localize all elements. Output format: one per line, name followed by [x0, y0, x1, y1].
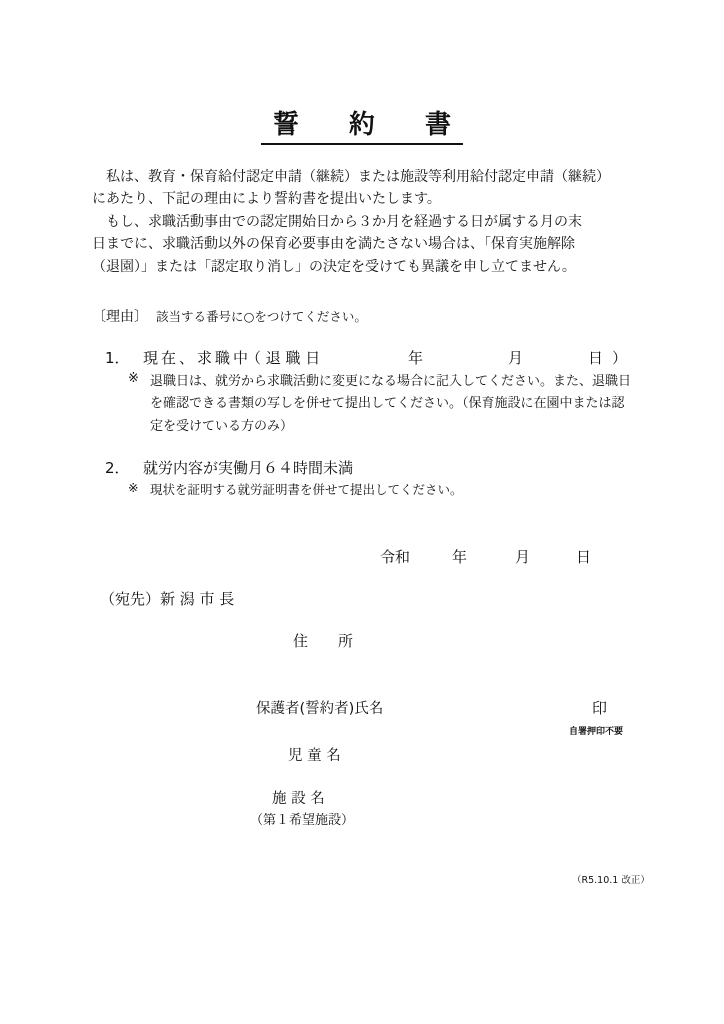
item-1-month-label: 月 [508, 347, 523, 368]
reason-item-1: 1． 現在、求職中 （ 退 職 日 年 月 日 ） [0, 347, 724, 371]
item-1-label: 現在、求職中 [143, 347, 251, 368]
addressee-line: （宛先）新 潟 市 長 [100, 588, 234, 609]
reason-label: 〔理由〕 [92, 309, 148, 325]
intro-paragraphs: 私は、教育・保育給付認定申請（継続）または施設等利用給付認定申請（継続） にあた… [92, 166, 610, 278]
item-1-note-lines: 退職日は、就労から求職活動に変更になる場合に記入してください。また、退職日 を確… [150, 371, 631, 438]
item-1-note-line-3: 定を受けている方のみ） [150, 416, 631, 438]
reason-section-header: 〔理由〕該当する番号に○をつけてください。 [92, 306, 367, 326]
item-2-note-text: 現状を証明する就労証明書を併せて提出してください。 [150, 480, 463, 498]
item-1-number: 1． [105, 347, 130, 368]
item-1-day-label: 日 [588, 347, 603, 368]
item-2-note: ※ 現状を証明する就労証明書を併せて提出してください。 [0, 480, 724, 504]
item-1-note: ※ 退職日は、就労から求職活動に変更になる場合に記入してください。また、退職日 … [0, 371, 724, 441]
intro-paragraph-2-line-2: 日までに、求職活動以外の保育必要事由を満たさない場合は、「保育実施解除 [92, 233, 610, 255]
guardian-name-field-label: 保護者(誓約者)氏名 [256, 697, 383, 718]
intro-paragraph-2-line-3: （退園）」または「認定取り消し」の決定を受けても異議を申し立てません。 [92, 256, 610, 278]
item-2-number: 2． [105, 457, 130, 478]
item-1-note-line-2: を確認できる書類の写しを併せて提出してください。（保育施設に在園中または認 [150, 393, 631, 415]
guardian-signature-line: 保護者(誓約者)氏名 印 [0, 697, 724, 721]
item-1-note-line-1: 退職日は、就労から求職活動に変更になる場合に記入してください。また、退職日 [150, 371, 631, 393]
item-1-note-marker: ※ [128, 371, 139, 386]
date-fill-in-line: 令和 年 月 日 [0, 546, 724, 570]
intro-paragraph-2-line-1: もし、求職活動事由での認定開始日から３か月を経過する日が属する月の末 [92, 211, 610, 233]
seal-mark-label: 印 [592, 697, 607, 718]
seal-note: 自署押印不要 [569, 724, 623, 737]
date-day-label: 日 [576, 546, 591, 567]
address-field-label: 住 所 [293, 630, 353, 651]
reason-item-2: 2． 就労内容が実働月６４時間未満 [0, 457, 724, 481]
item-1-paren-close: ） [612, 347, 627, 368]
facility-note: （第１希望施設） [250, 809, 354, 828]
date-era-label: 令和 [380, 546, 410, 567]
item-2-label: 就労内容が実働月６４時間未満 [143, 457, 353, 478]
page-title: 誓 約 書 [261, 104, 463, 145]
intro-paragraph-1-line-2: にあたり、下記の理由により誓約書を提出いたします。 [92, 188, 610, 210]
date-month-label: 月 [515, 546, 530, 567]
facility-name-field-label: 施 設 名 [272, 787, 325, 808]
date-year-label: 年 [452, 546, 467, 567]
item-1-retirement-date-label: （ 退 職 日 [246, 347, 320, 368]
revision-note: （R5.10.1 改正） [572, 872, 650, 886]
pledge-document-page: 誓 約 書 私は、教育・保育給付認定申請（継続）または施設等利用給付認定申請（継… [0, 0, 724, 1024]
document-title-wrap: 誓 約 書 [0, 104, 724, 145]
reason-instruction: 該当する番号に○をつけてください。 [156, 309, 367, 324]
item-2-note-marker: ※ [128, 480, 138, 495]
child-name-field-label: 児 童 名 [288, 744, 341, 765]
item-1-year-label: 年 [408, 347, 423, 368]
intro-paragraph-1-line-1: 私は、教育・保育給付認定申請（継続）または施設等利用給付認定申請（継続） [92, 166, 610, 188]
